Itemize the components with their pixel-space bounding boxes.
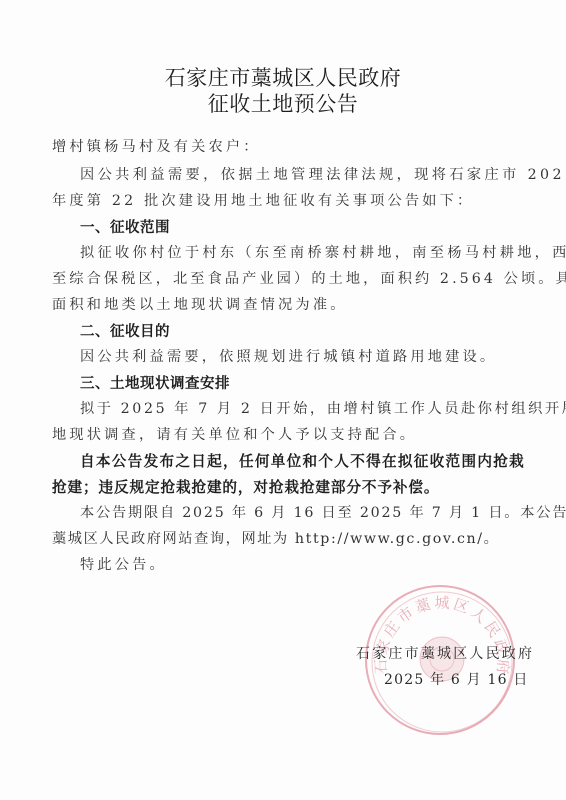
survey-line-2: 地现状调查，请有关单位和个人予以支持配合。 bbox=[52, 424, 417, 444]
period-line-1: 本公告期限自 2025 年 6 月 16 日至 2025 年 7 月 1 日。本… bbox=[80, 502, 566, 522]
section-heading-purpose: 二、征收目的 bbox=[80, 320, 170, 341]
scope-line-3: 面积和地类以土地现状调查情况为准。 bbox=[52, 294, 348, 314]
survey-line-1: 拟于 2025 年 7 月 2 日开始，由增村镇工作人员赴你村组织开展土 bbox=[80, 398, 566, 418]
intro-line-1: 因公共利益需要，依据土地管理法律法规，现将石家庄市 2025 bbox=[80, 164, 566, 184]
section-heading-scope: 一、征收范围 bbox=[80, 216, 170, 237]
period-line-2: 藁城区人民政府网站查询，网址为 http://www.gc.gov.cn/。 bbox=[52, 528, 499, 548]
document-page: 石家庄市藁城区人民政府 征收土地预公告 增村镇杨马村及有关农户： 因公共利益需要… bbox=[0, 0, 566, 800]
warning-line-1: 自本公告发布之日起，任何单位和个人不得在拟征收范围内抢栽 bbox=[80, 450, 525, 471]
scope-line-2: 至综合保税区，北至食品产业园）的土地，面积约 2.564 公顷。具体 bbox=[52, 268, 566, 288]
closing-text: 特此公告。 bbox=[80, 554, 167, 574]
scope-line-1: 拟征收你村位于村东（东至南桥寨村耕地，南至杨马村耕地，西 bbox=[80, 242, 566, 262]
purpose-line-1: 因公共利益需要，依照规划进行城镇村道路用地建设。 bbox=[80, 346, 497, 366]
document-title-line2: 征收土地预公告 bbox=[0, 88, 566, 118]
addressee: 增村镇杨马村及有关农户： bbox=[52, 136, 261, 156]
signature-issuer: 石家庄市藁城区人民政府 bbox=[356, 643, 534, 663]
warning-line-2: 抢建；违反规定抢栽抢建的，对抢栽抢建部分不予补偿。 bbox=[52, 476, 439, 497]
intro-line-2: 年度第 22 批次建设用地土地征收有关事项公告如下： bbox=[52, 190, 474, 210]
section-heading-survey: 三、土地现状调查安排 bbox=[80, 372, 230, 393]
signature-date: 2025 年 6 月 16 日 bbox=[384, 669, 529, 689]
